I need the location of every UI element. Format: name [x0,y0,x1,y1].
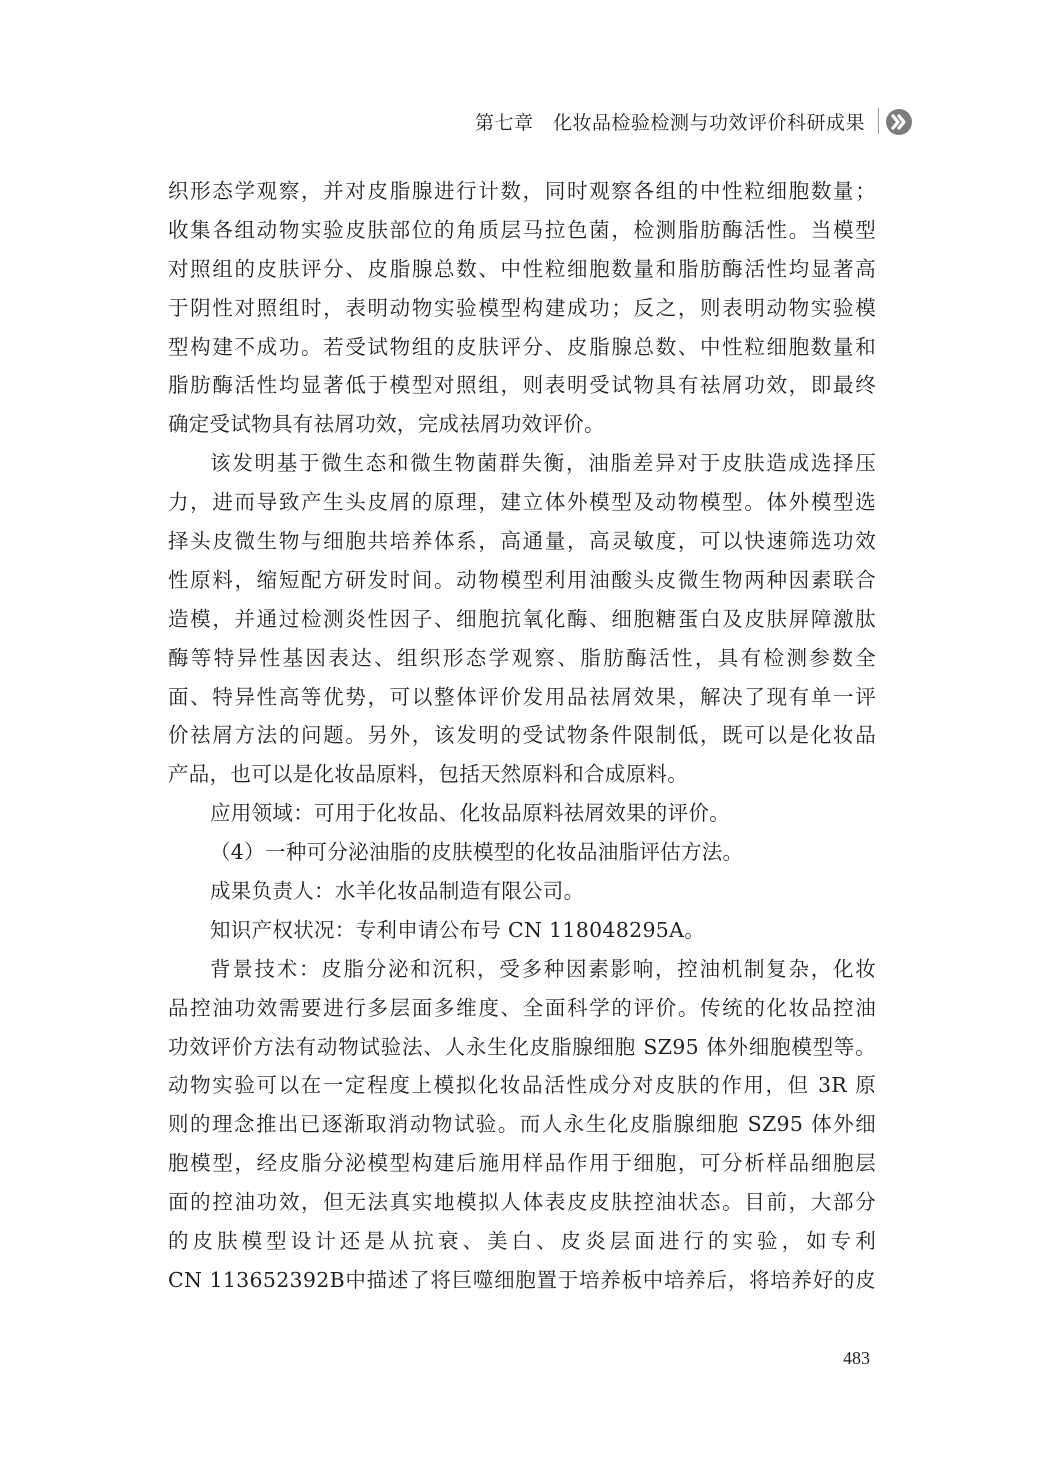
text-line: 脂肪酶活性均显著低于模型对照组，则表明受试物具有祛屑功效，即最终 [168,366,876,405]
chapter-title: 第七章 化妆品检验检测与功效评价科研成果 [475,108,865,135]
text-line: 性原料，缩短配方研发时间。动物模型利用油酸头皮微生物两种因素联合 [168,561,876,600]
text-line: （4）一种可分泌油脂的皮肤模型的化妆品油脂评估方法。 [168,833,876,872]
text-line: 力，进而导致产生头皮屑的原理，建立体外模型及动物模型。体外模型选 [168,483,876,522]
text-line: 应用领域：可用于化妆品、化妆品原料祛屑效果的评价。 [168,794,876,833]
running-header: 第七章 化妆品检验检测与功效评价科研成果 [0,106,1045,138]
text-line: 造模，并通过检测炎性因子、细胞抗氧化酶、细胞糖蛋白及皮肤屏障激肽 [168,600,876,639]
text-line: 背景技术：皮脂分泌和沉积，受多种因素影响，控油机制复杂，化妆 [168,950,876,989]
text-line: 确定受试物具有祛屑功效，完成祛屑功效评价。 [168,405,876,444]
page-number: 483 [843,1348,870,1369]
text-line: 对照组的皮肤评分、皮脂腺总数、中性粒细胞数量和脂肪酶活性均显著高 [168,250,876,289]
text-line: 品控油功效需要进行多层面多维度、全面科学的评价。传统的化妆品控油 [168,989,876,1028]
text-line: 收集各组动物实验皮肤部位的角质层马拉色菌，检测脂肪酶活性。当模型 [168,211,876,250]
text-line: 于阴性对照组时，表明动物实验模型构建成功；反之，则表明动物实验模 [168,289,876,328]
text-line: 酶等特异性基因表达、组织形态学观察、脂肪酶活性，具有检测参数全 [168,639,876,678]
text-line: 择头皮微生物与细胞共培养体系，高通量，高灵敏度，可以快速筛选功效 [168,522,876,561]
text-line: 胞模型，经皮脂分泌模型构建后施用样品作用于细胞，可分析样品细胞层 [168,1144,876,1183]
text-line: 面的控油功效，但无法真实地模拟人体表皮皮肤控油状态。目前，大部分 [168,1183,876,1222]
text-line: 织形态学观察，并对皮脂腺进行计数，同时观察各组的中性粒细胞数量； [168,172,876,211]
text-line: 功效评价方法有动物试验法、人永生化皮脂腺细胞 SZ95 体外细胞模型等。 [168,1028,876,1067]
text-line: 成果负责人：水羊化妆品制造有限公司。 [168,872,876,911]
double-chevron-right-icon [886,109,912,135]
text-line: 则的理念推出已逐渐取消动物试验。而人永生化皮脂腺细胞 SZ95 体外细 [168,1105,876,1144]
text-line: 该发明基于微生态和微生物菌群失衡，油脂差异对于皮肤造成选择压 [168,444,876,483]
text-line: 知识产权状况：专利申请公布号 CN 118048295A。 [168,911,876,950]
text-line: 的皮肤模型设计还是从抗衰、美白、皮炎层面进行的实验，如专利 [168,1222,876,1261]
text-line: 价祛屑方法的问题。另外，该发明的受试物条件限制低，既可以是化妆品 [168,716,876,755]
text-line: CN 113652392B中描述了将巨噬细胞置于培养板中培养后，将培养好的皮 [168,1261,876,1300]
text-line: 动物实验可以在一定程度上模拟化妆品活性成分对皮肤的作用，但 3R 原 [168,1066,876,1105]
header-divider [878,108,879,134]
text-line: 型构建不成功。若受试物组的皮肤评分、皮脂腺总数、中性粒细胞数量和 [168,328,876,367]
text-line: 面、特异性高等优势，可以整体评价发用品祛屑效果，解决了现有单一评 [168,678,876,717]
text-line: 产品，也可以是化妆品原料，包括天然原料和合成原料。 [168,755,876,794]
body-text: 织形态学观察，并对皮脂腺进行计数，同时观察各组的中性粒细胞数量；收集各组动物实验… [168,172,876,1300]
